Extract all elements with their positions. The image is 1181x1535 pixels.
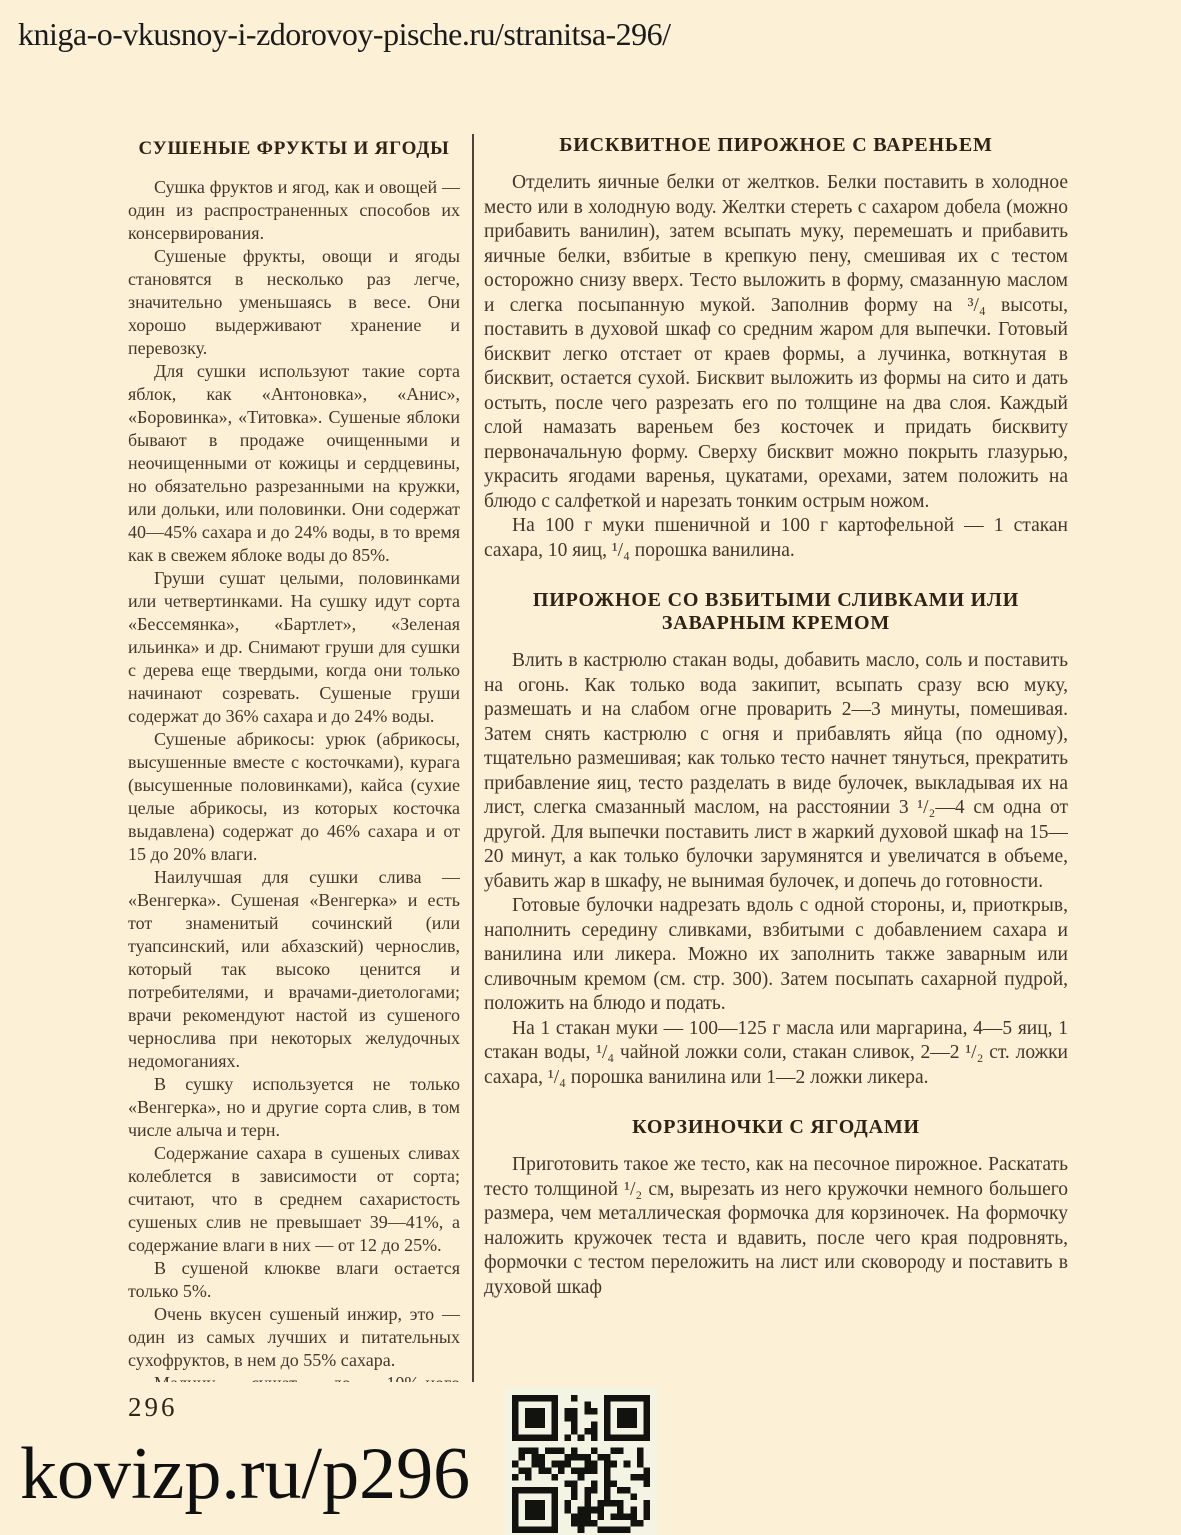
recipe-paragraph: Приготовить такое же тесто, как на песоч… [484, 1153, 1068, 1300]
paragraph: Сушка фруктов и ягод, как и овощей — оди… [128, 176, 460, 245]
paragraph: Малину сушат до 10%-ного содержания влаг… [128, 1372, 460, 1382]
paragraph: Содержание сахара в сушеных сливах колеб… [128, 1142, 460, 1257]
recipe-title: БИСКВИТНОЕ ПИРОЖНОЕ С ВАРЕНЬЕМ [484, 134, 1068, 157]
recipe-ingredients: На 1 стакан муки — 100—125 г масла или м… [484, 1017, 1068, 1091]
paragraph: В сушеной клюкве влаги остается только 5… [128, 1257, 460, 1303]
right-column: БИСКВИТНОЕ ПИРОЖНОЕ С ВАРЕНЬЕМ Отделить … [484, 130, 1068, 1382]
recipe-pirozhnoe-so-slivkami: ПИРОЖНОЕ СО ВЗБИТЫМИ СЛИВКАМИ ИЛИ ЗАВАРН… [484, 589, 1068, 1090]
recipe-ingredients: На 100 г муки пшеничной и 100 г картофел… [484, 514, 1068, 563]
paragraph: Груши сушат целыми, половинками или четв… [128, 567, 460, 728]
recipe-paragraph: Влить в кастрюлю стакан воды, добавить м… [484, 649, 1068, 894]
recipe-paragraph: Отделить яичные белки от желтков. Белки … [484, 171, 1068, 514]
page-number: 296 [128, 1392, 178, 1423]
column-divider [472, 134, 474, 1382]
recipe-korzinochki: КОРЗИНОЧКИ С ЯГОДАМИ Приготовить такое ж… [484, 1116, 1068, 1300]
page-content: СУШЕНЫЕ ФРУКТЫ И ЯГОДЫ Сушка фруктов и я… [128, 130, 1068, 1382]
scanned-book-page: { "page": { "header_url": "kniga-o-vkusn… [0, 0, 1181, 1535]
paragraph: Наилучшая для сушки слива — «Венгерка». … [128, 866, 460, 1073]
qr-code-image [512, 1395, 650, 1533]
paragraph: Сушеные фрукты, овощи и ягоды становятся… [128, 245, 460, 360]
source-url: kniga-o-vkusnoy-i-zdorovoy-pische.ru/str… [18, 16, 671, 53]
qr-code [505, 1388, 657, 1535]
footer-url: kovizp.ru/p296 [20, 1432, 470, 1517]
paragraph: Очень вкусен сушеный инжир, это — один и… [128, 1303, 460, 1372]
paragraph: Для сушки используют такие сорта яблок, … [128, 360, 460, 567]
recipe-biskvitnoe-pirozhnoe: БИСКВИТНОЕ ПИРОЖНОЕ С ВАРЕНЬЕМ Отделить … [484, 134, 1068, 563]
recipe-paragraph: Готовые булочки надрезать вдоль с одной … [484, 894, 1068, 1017]
recipe-title: ПИРОЖНОЕ СО ВЗБИТЫМИ СЛИВКАМИ ИЛИ ЗАВАРН… [526, 589, 1026, 635]
left-column: СУШЕНЫЕ ФРУКТЫ И ЯГОДЫ Сушка фруктов и я… [128, 130, 460, 1382]
paragraph: Сушеные абрикосы: урюк (абрикосы, высуше… [128, 728, 460, 866]
paragraph: В сушку используется не только «Венгерка… [128, 1073, 460, 1142]
article-title: СУШЕНЫЕ ФРУКТЫ И ЯГОДЫ [128, 138, 460, 160]
recipe-title: КОРЗИНОЧКИ С ЯГОДАМИ [484, 1116, 1068, 1139]
